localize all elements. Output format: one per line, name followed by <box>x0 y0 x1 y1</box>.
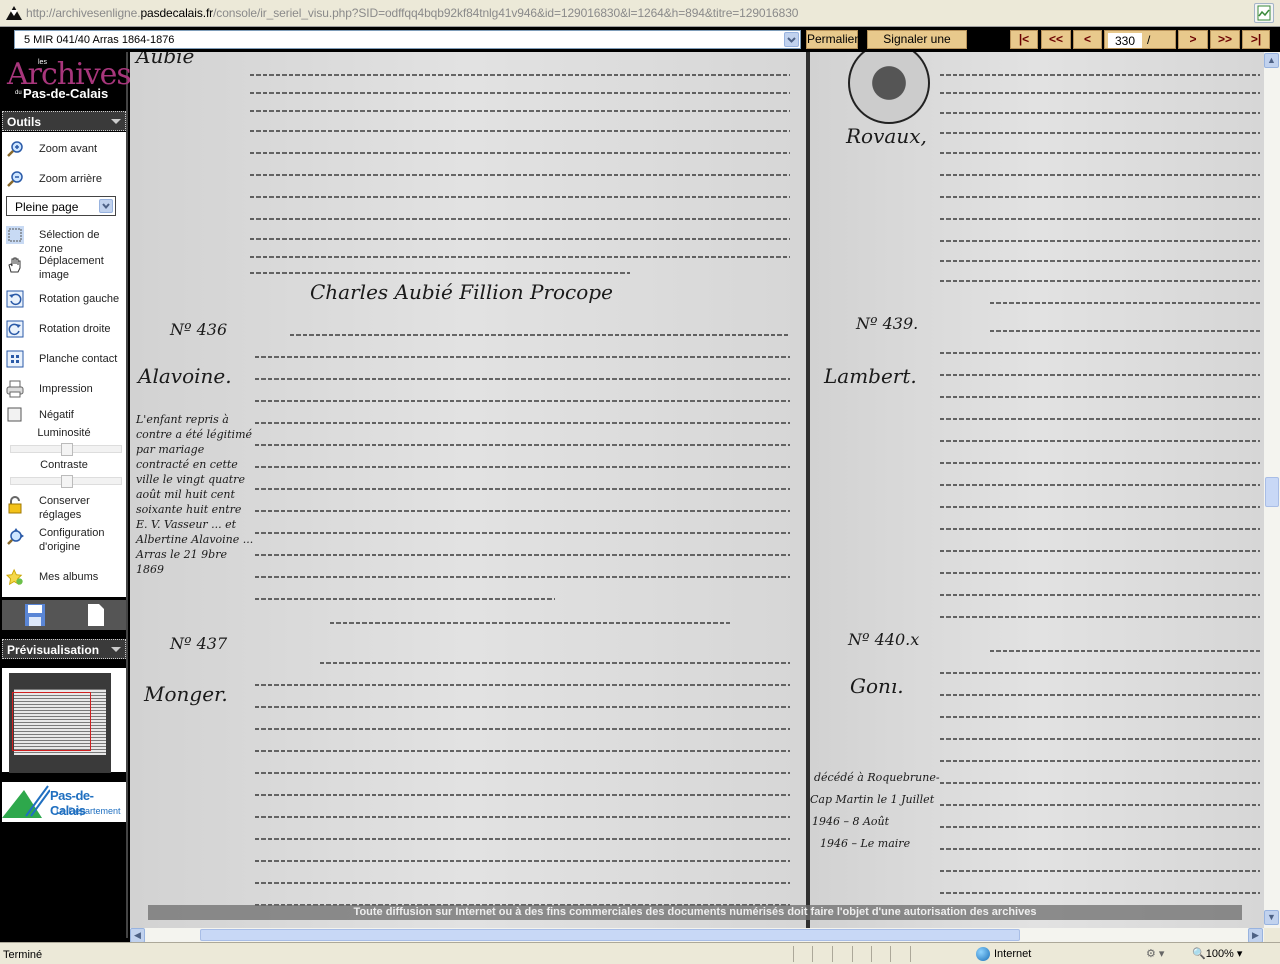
margin-name: Aubie <box>136 52 194 68</box>
logo-du-text: du <box>15 90 22 96</box>
document-select-value: 5 MIR 041/40 Arras 1864-1876 <box>24 34 174 46</box>
margin-name: Rovaux, <box>846 124 927 148</box>
next-page-button[interactable]: > <box>1178 30 1208 49</box>
rotate-right-tool[interactable]: Rotation droite <box>2 318 126 346</box>
fast-back-button[interactable]: << <box>1041 30 1071 49</box>
print-label: Impression <box>39 382 93 396</box>
preview-panel-header[interactable]: Prévisualisation <box>2 639 126 659</box>
selection-icon <box>6 226 24 244</box>
vertical-scrollbar[interactable]: ▲ ▼ <box>1264 52 1280 928</box>
pan-label: Déplacementimage <box>39 254 104 282</box>
fit-mode-value: Pleine page <box>15 200 78 214</box>
contrast-label: Contraste <box>2 459 126 471</box>
previous-page-button[interactable]: < <box>1073 30 1102 49</box>
document-viewer[interactable]: Aubie Nº 436 Alavoine. L'enfant repris à… <box>130 52 1264 928</box>
margin-annotation: L'enfant repris à contre a été légitimé … <box>136 412 254 577</box>
albums-label: Mes albums <box>39 570 98 584</box>
contact-sheet-label: Planche contact <box>39 352 117 366</box>
copyright-watermark: Toute diffusion sur Internet ou à des fi… <box>148 905 1242 920</box>
chevron-down-icon[interactable] <box>99 199 113 213</box>
fast-forward-button[interactable]: >> <box>1210 30 1240 49</box>
tools-bottom-bar <box>2 600 126 630</box>
right-page-image: Rovaux, Nº 439. Lambert. Nº 440.x Gonı. … <box>810 52 1264 928</box>
contrast-slider[interactable] <box>10 477 122 485</box>
left-page-image: Aubie Nº 436 Alavoine. L'enfant repris à… <box>130 52 806 928</box>
scroll-left-button[interactable]: ◀ <box>130 928 145 943</box>
preview-panel-title: Prévisualisation <box>7 643 99 657</box>
margin-name: Monger. <box>144 682 228 706</box>
chevron-down-icon[interactable] <box>784 32 799 47</box>
printer-icon <box>6 380 24 398</box>
browser-address-bar: http://archivesenligne.pasdecalais.fr/co… <box>0 0 1280 27</box>
protected-mode-icon[interactable]: ⚙ ▾ <box>1146 947 1164 960</box>
status-text: Terminé <box>3 949 42 961</box>
security-zone[interactable]: Internet <box>976 947 1031 961</box>
last-page-button[interactable]: >| <box>1242 30 1270 49</box>
act-number: Nº 437 <box>170 634 227 653</box>
act-number: Nº 436 <box>170 320 227 339</box>
padlock-icon <box>6 496 24 514</box>
pan-tool[interactable]: Déplacementimage <box>2 250 126 282</box>
checkbox-icon[interactable] <box>6 406 24 424</box>
brightness-label: Luminosité <box>2 427 126 439</box>
horizontal-scrollbar[interactable]: ◀ ▶ <box>130 928 1264 942</box>
tools-panel-title: Outils <box>7 115 41 129</box>
scroll-up-button[interactable]: ▲ <box>1264 53 1279 68</box>
department-logo[interactable]: Pas-de-Calais Le Département <box>2 782 126 822</box>
collapse-icon[interactable] <box>111 647 121 652</box>
scrollbar-corner <box>1264 928 1280 942</box>
margin-name: Alavoine. <box>138 364 232 388</box>
reset-magnifier-icon <box>6 528 24 546</box>
zoom-out-tool[interactable]: Zoom arrière <box>2 168 126 196</box>
rotate-left-icon <box>6 290 24 308</box>
preview-thumbnail[interactable] <box>9 673 111 773</box>
page-number-input[interactable] <box>1108 33 1142 48</box>
preview-viewport-frame[interactable] <box>12 692 91 751</box>
act-number: Nº 440.x <box>848 630 919 649</box>
slider-thumb[interactable] <box>61 475 73 488</box>
zoom-out-icon <box>6 170 24 188</box>
zoom-level[interactable]: 🔍100% ▾ <box>1192 947 1242 960</box>
margin-name: Lambert. <box>824 364 917 388</box>
preview-panel <box>2 668 126 772</box>
my-albums-tool[interactable]: Mes albums <box>2 566 126 594</box>
keep-settings-tool[interactable]: Conserverréglages <box>2 490 126 522</box>
reset-settings-label: Configurationd'origine <box>39 526 104 554</box>
zoom-out-label: Zoom arrière <box>39 172 102 186</box>
document-icon[interactable] <box>88 604 104 626</box>
url-text[interactable]: http://archivesenligne.pasdecalais.fr/co… <box>26 6 798 20</box>
contact-sheet-tool[interactable]: Planche contact <box>2 348 126 376</box>
report-error-button[interactable]: Signaler une erreur <box>867 30 967 49</box>
archives-logo: Archives les du Pas-de-Calais <box>4 56 126 106</box>
vertical-scroll-thumb[interactable] <box>1265 477 1279 507</box>
zoom-in-tool[interactable]: Zoom avant <box>2 138 126 166</box>
first-page-button[interactable]: |< <box>1010 30 1038 49</box>
negative-label: Négatif <box>39 408 74 422</box>
logo-les-text: les <box>38 59 47 66</box>
scroll-right-button[interactable]: ▶ <box>1248 928 1263 943</box>
act-number: Nº 439. <box>856 314 918 333</box>
page-indicator: / 1301 <box>1104 30 1176 49</box>
sidebar: Archives les du Pas-de-Calais Outils Zoo… <box>0 52 128 938</box>
hand-icon <box>6 256 24 274</box>
tools-panel-header[interactable]: Outils <box>2 111 126 131</box>
keep-settings-label: Conserverréglages <box>39 494 90 522</box>
tools-panel: Zoom avant Zoom arrière Pleine page Séle… <box>2 132 126 597</box>
browser-status-bar: Terminé Internet ⚙ ▾ 🔍100% ▾ <box>0 942 1280 964</box>
scroll-down-button[interactable]: ▼ <box>1264 910 1279 925</box>
select-zone-tool[interactable]: Sélection de zone <box>2 224 126 252</box>
document-select[interactable]: 5 MIR 041/40 Arras 1864-1876 <box>14 30 801 49</box>
rotate-left-tool[interactable]: Rotation gauche <box>2 288 126 316</box>
zoom-in-icon <box>6 140 24 158</box>
margin-name: Gonı. <box>850 674 904 698</box>
page-favicon-icon <box>6 6 22 20</box>
fit-mode-select[interactable]: Pleine page <box>6 196 116 216</box>
zoom-in-label: Zoom avant <box>39 142 97 156</box>
department-logo-icon <box>2 784 50 820</box>
reset-settings-tool[interactable]: Configurationd'origine <box>2 522 126 554</box>
print-tool[interactable]: Impression <box>2 378 126 406</box>
horizontal-scroll-thumb[interactable] <box>200 929 1020 941</box>
brightness-slider[interactable] <box>10 445 122 453</box>
globe-icon <box>976 947 990 961</box>
grid-icon <box>6 350 24 368</box>
signatures: Charles Aubié Fillion Procope <box>310 280 613 304</box>
rotate-right-label: Rotation droite <box>39 322 111 336</box>
rotate-left-label: Rotation gauche <box>39 292 119 306</box>
star-add-icon <box>6 568 24 586</box>
save-icon[interactable] <box>24 603 46 627</box>
slider-thumb[interactable] <box>61 443 73 456</box>
collapse-icon[interactable] <box>111 119 121 124</box>
logo-pdc-text: Pas-de-Calais <box>23 86 108 101</box>
department-sub: Le Département <box>56 806 121 816</box>
permalink-button[interactable]: Permalien <box>806 30 858 49</box>
viewer-toolbar: 5 MIR 041/40 Arras 1864-1876 Permalien S… <box>0 27 1280 52</box>
compatibility-view-icon[interactable] <box>1254 3 1274 23</box>
rotate-right-icon <box>6 320 24 338</box>
